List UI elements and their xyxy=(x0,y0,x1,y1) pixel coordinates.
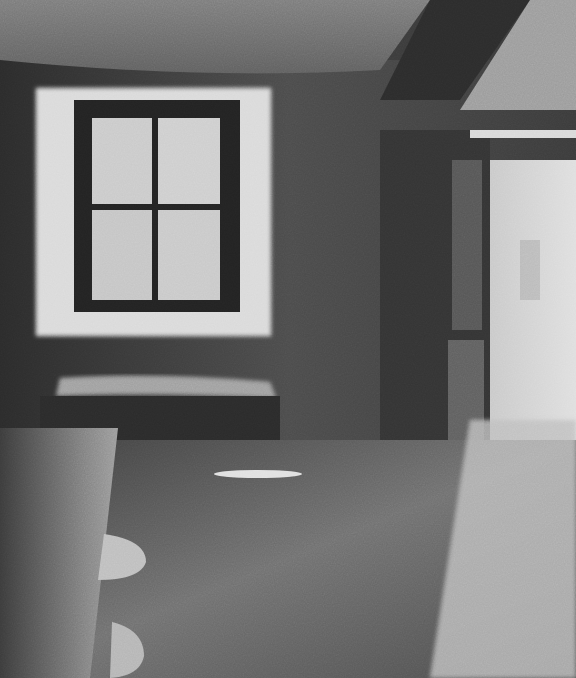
window-pane-bl xyxy=(92,210,152,300)
cabinet-panel-upper xyxy=(452,160,482,330)
photo-scene xyxy=(0,0,576,678)
distant-window xyxy=(520,240,540,300)
window-pane-br xyxy=(158,210,220,300)
room-illustration xyxy=(0,0,576,678)
doorway-lintel xyxy=(470,130,576,138)
ceiling xyxy=(0,0,430,73)
window-pane-tr xyxy=(158,118,220,204)
window-pane-tl xyxy=(92,118,152,204)
floor-light-patch xyxy=(214,470,302,478)
